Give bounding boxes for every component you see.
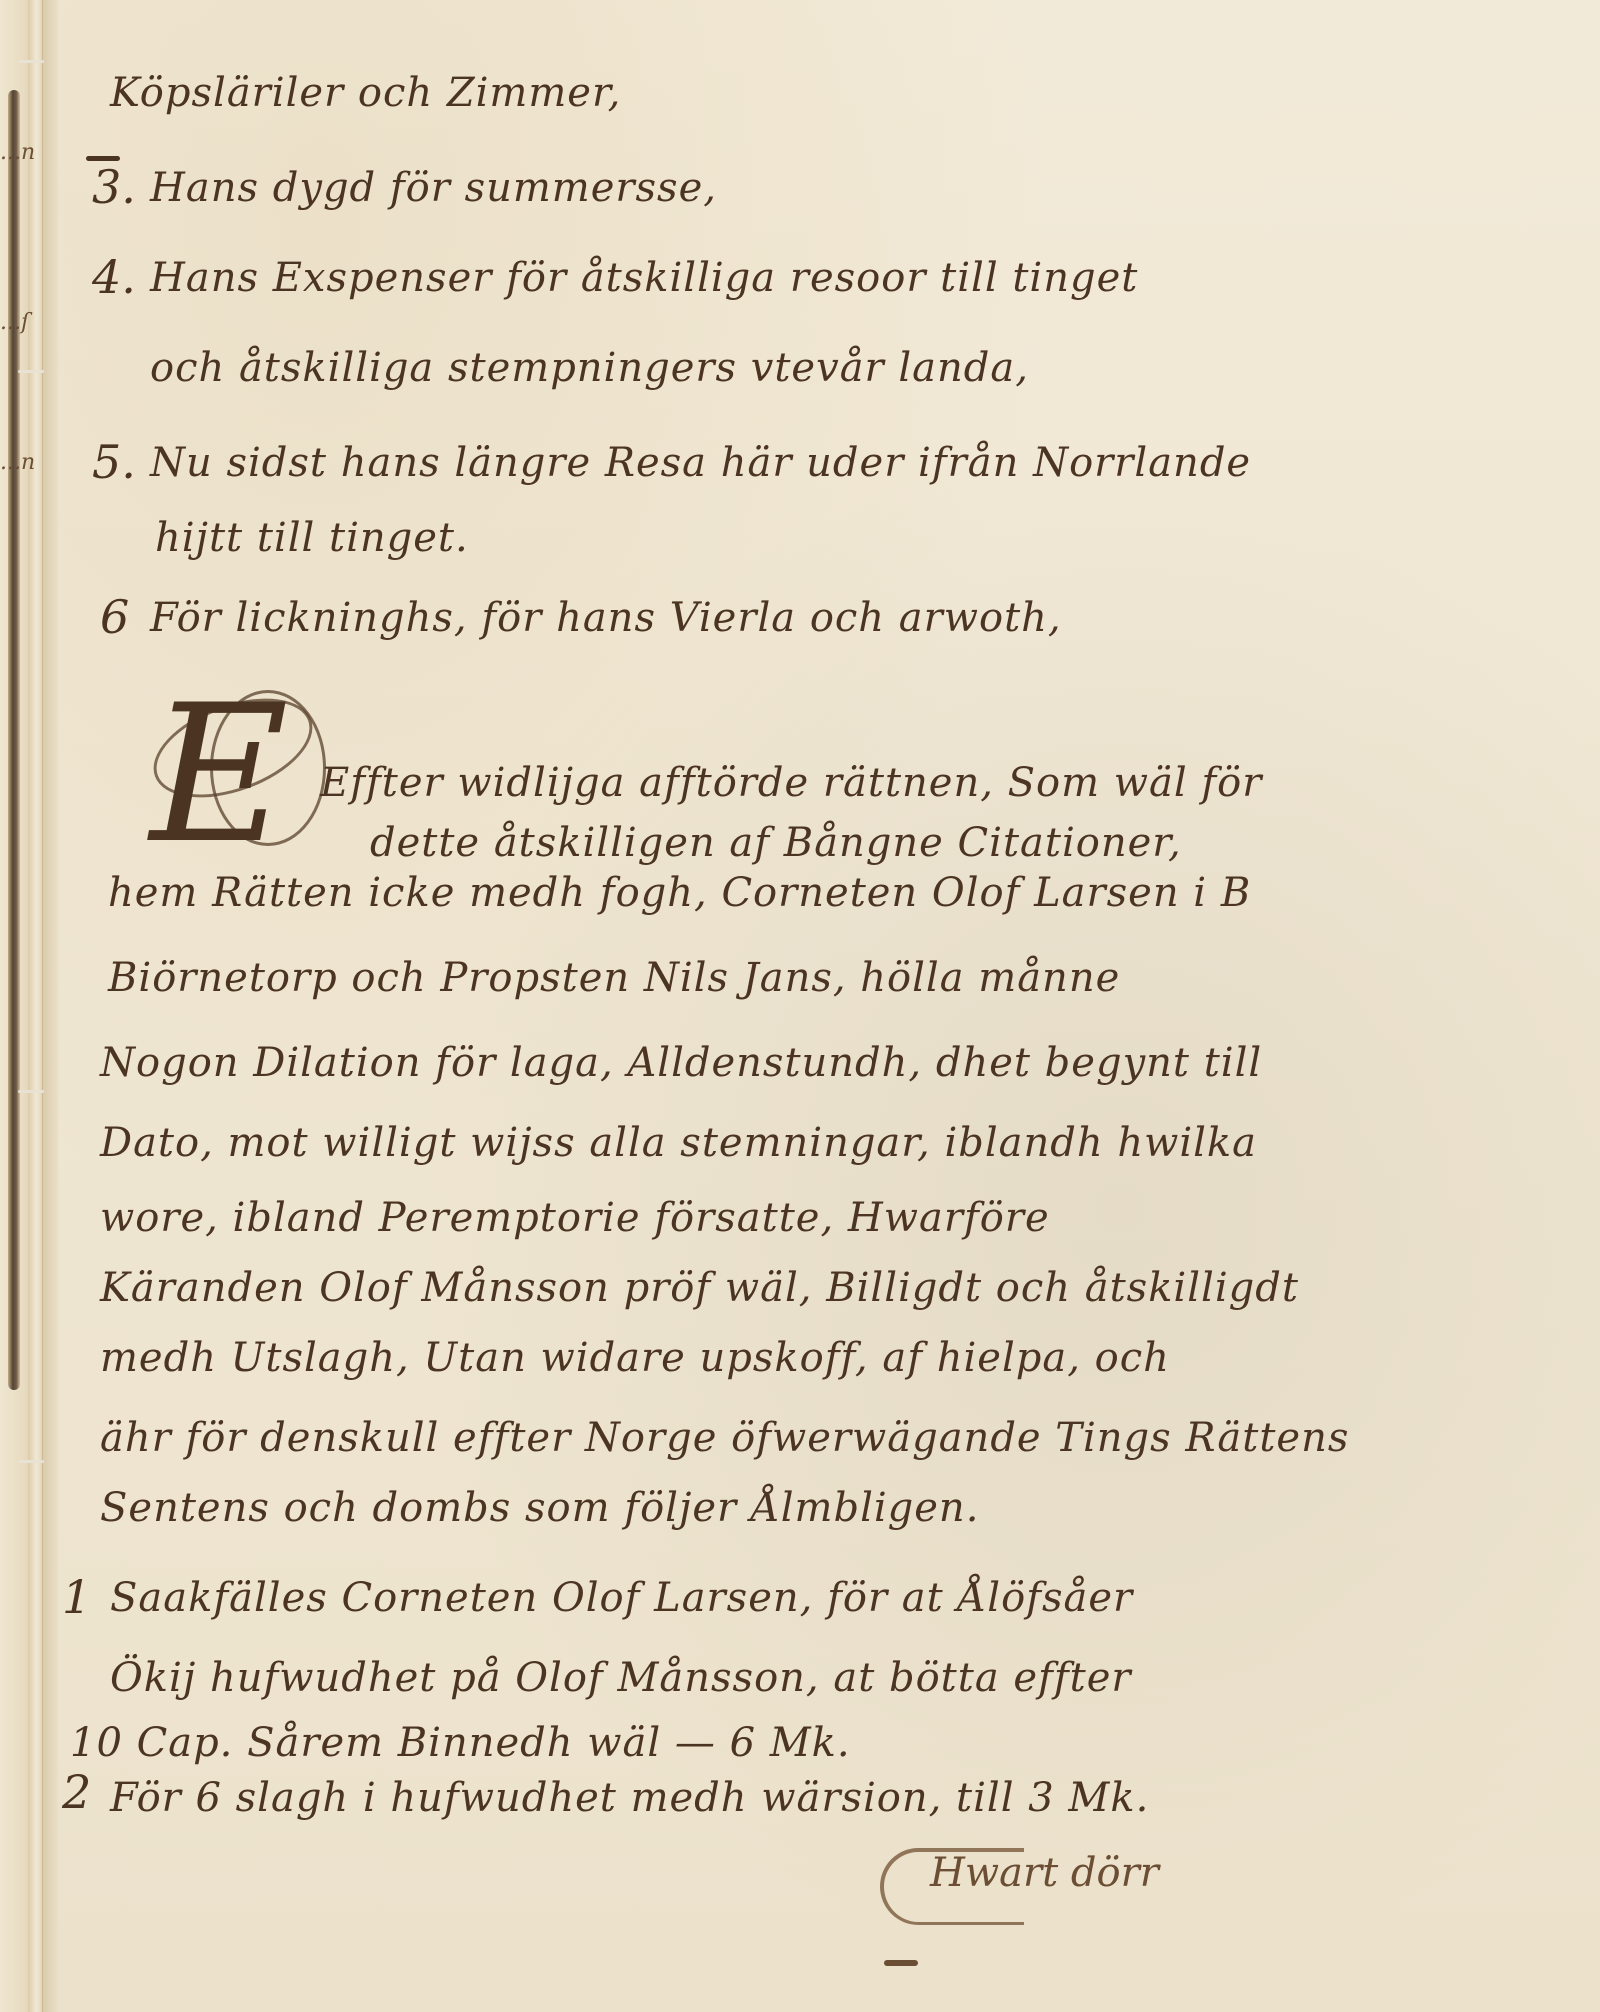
binding-stitch (18, 370, 44, 373)
item-number: 3. (92, 160, 136, 214)
text-line: Dato, mot willigt wijss alla stemningar,… (100, 1120, 1257, 1166)
binding-stitch (18, 1090, 44, 1093)
signature: Hwart dörr (930, 1850, 1159, 1896)
binding-stitch (18, 60, 44, 63)
text-line: Köpsläriler och Zimmer, (110, 70, 621, 116)
text-line: För 6 slagh i hufwudhet medh wärsion, ti… (110, 1775, 1149, 1821)
left-page-fragment: ...ſ (0, 310, 29, 335)
text-line: Ökij hufwudhet på Olof Månsson, at bötta… (110, 1655, 1132, 1701)
left-page-fragment: ...n (0, 140, 35, 165)
left-page-fragment: ...n (0, 450, 35, 475)
text-line: wore, ibland Peremptorie försatte, Hwarf… (100, 1195, 1050, 1241)
text-line: Käranden Olof Månsson pröf wäl, Billigdt… (100, 1265, 1299, 1311)
item-number: 5. (92, 435, 136, 489)
text-line: Hans dygd för summersse, (150, 165, 717, 211)
text-line: ähr för denskull effter Norge öfwerwägan… (100, 1415, 1349, 1461)
item-number: 4. (92, 250, 136, 304)
text-line: Nogon Dilation för laga, Alldenstundh, d… (100, 1040, 1262, 1086)
decorated-initial: E (150, 680, 289, 870)
item-number: 6 (100, 590, 129, 644)
text-line: Sentens och dombs som följer Ålmbligen. (100, 1485, 979, 1531)
page-edge (28, 0, 43, 2012)
text-line: Effter widlijga afftörde rättnen, Som wä… (320, 760, 1262, 806)
text-line: hijtt till tinget. (155, 515, 469, 561)
binding-shadow (8, 90, 20, 1390)
item-number: 1 (62, 1570, 91, 1624)
text-line: hem Rätten icke medh fogh, Corneten Olof… (108, 870, 1251, 916)
text-line: Biörnetorp och Propsten Nils Jans, hölla… (108, 955, 1120, 1001)
text-line: och åtskilliga stempningers vtevår landa… (150, 345, 1029, 391)
text-line: För lickninghs, för hans Vierla och arwo… (150, 595, 1062, 641)
text-line: Nu sidst hans längre Resa här uder ifrån… (150, 440, 1251, 486)
text-line: 10 Cap. Sårem Binnedh wäl — 6 Mk. (70, 1720, 851, 1766)
signature-dash (884, 1960, 918, 1966)
binding-stitch (18, 1460, 44, 1463)
item-number: 2 (62, 1765, 91, 1819)
text-line: Hans Exspenser för åtskilliga resoor til… (150, 255, 1138, 301)
text-line: medh Utslagh, Utan widare upskoff, af hi… (100, 1335, 1170, 1381)
text-line: dette åtskilligen af Bångne Citationer, (370, 820, 1182, 866)
text-line: Saakfälles Corneten Olof Larsen, för at … (110, 1575, 1133, 1621)
manuscript-page: ...n ...ſ ...n Köpsläriler och Zimmer, 3… (0, 0, 1600, 2012)
